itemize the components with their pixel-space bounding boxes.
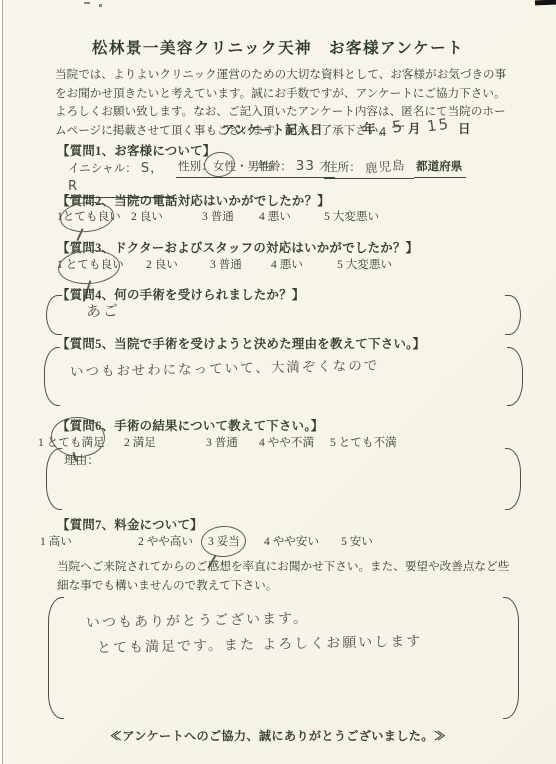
q3-option-2: 2 良い: [146, 256, 178, 272]
footer-thanks: ≪アンケートへのご協力、誠にありがとうございました。≫: [0, 727, 556, 744]
q6-option-3: 3 普通: [206, 434, 238, 450]
q5-answer-bracket-right: [507, 347, 523, 406]
q5-answer-handwritten: いつもおせわになっていて、大満ぞくなので: [70, 354, 380, 380]
q5-answer-bracket-left: [44, 347, 60, 406]
date-label: アンケート記入日: [222, 120, 323, 138]
q7-option-5: 5 安い: [341, 533, 373, 549]
q2-option-3: 3 普通: [202, 208, 234, 224]
q1-address-value-handwritten: 鹿児島: [364, 155, 406, 176]
q1-address-suffix: 都道府県: [416, 160, 462, 173]
q7-selection-circle: [200, 525, 247, 558]
q4-answer-handwritten: あご: [86, 300, 120, 322]
q1-initial-label: イニシャル：: [68, 162, 137, 175]
handwritten-month-corrected: 5: [391, 116, 405, 136]
q6-reason-bracket-left: [46, 448, 62, 510]
scan-edge-line: [2, 0, 3, 764]
q3-option-5: 5 大変悪い: [337, 256, 392, 272]
q1-age-value-handwritten: 33: [296, 158, 315, 174]
q1-age-field: 年齢： 33 才: [255, 157, 335, 178]
handwritten-month-first: 4: [379, 125, 389, 139]
q6-reason-label: 理由：: [64, 452, 99, 468]
q3-option-3: 3 普通: [210, 256, 242, 272]
q1-address-label: 住所：: [326, 161, 361, 174]
feedback-prompt: 当院へご来院されてからのご感想を率直にお聞かせ下さい。また、要望や改善点など些細…: [57, 558, 515, 595]
feedback-bracket-right: [503, 597, 519, 719]
feedback-bracket-left: [48, 597, 64, 719]
q6-option-4: 4 やや不満: [259, 434, 314, 450]
date-year-label: 年: [363, 119, 376, 137]
q6-option-2: 2 満足: [124, 434, 156, 450]
scan-speck: [99, 4, 102, 7]
q1-age-label: 年齢：: [257, 160, 292, 173]
feedback-answer-line2-handwritten: とても満足です。また よろしくお願いします: [97, 631, 423, 658]
q2-option-4: 4 悪い: [259, 208, 291, 224]
q7-option-1: 1 高い: [40, 533, 72, 549]
q7-option-4: 4 やや安い: [264, 533, 319, 549]
q6-reason-bracket-right: [505, 448, 521, 510]
q5-heading: 【質問5、当院で手術を受けようと決めた理由を教えて下さい。】: [57, 334, 425, 352]
handwritten-day: 15: [426, 114, 451, 135]
q3-option-4: 4 悪い: [271, 256, 303, 272]
date-month-label: 月: [408, 119, 421, 137]
scan-corner-mark: [535, 0, 556, 5]
q6-option-5: 5 とても不満: [330, 434, 397, 450]
q1-pref-suffix-field: 都道府県: [414, 157, 466, 178]
q2-option-2: 2 良い: [131, 208, 163, 224]
q7-option-2: 2 やや高い: [138, 533, 193, 549]
scan-speck: [84, 2, 90, 4]
q4-answer-bracket-right: [505, 295, 521, 335]
q4-answer-bracket-left: [46, 295, 62, 335]
feedback-answer-line1-handwritten: いつもありがとうございます。: [86, 608, 309, 633]
page-title: 松林景一美容クリニック天神 お客様アンケート: [0, 36, 556, 58]
q7-heading: 【質問7、料金について】: [57, 515, 203, 533]
q1-address-field: 住所： 鹿児島: [324, 157, 414, 179]
date-day-label: 日: [458, 119, 471, 137]
q2-option-5: 5 大変悪い: [324, 208, 379, 224]
scanned-survey-page: 松林景一美容クリニック天神 お客様アンケート 当院では、よりよいクリニック運営の…: [0, 0, 556, 764]
